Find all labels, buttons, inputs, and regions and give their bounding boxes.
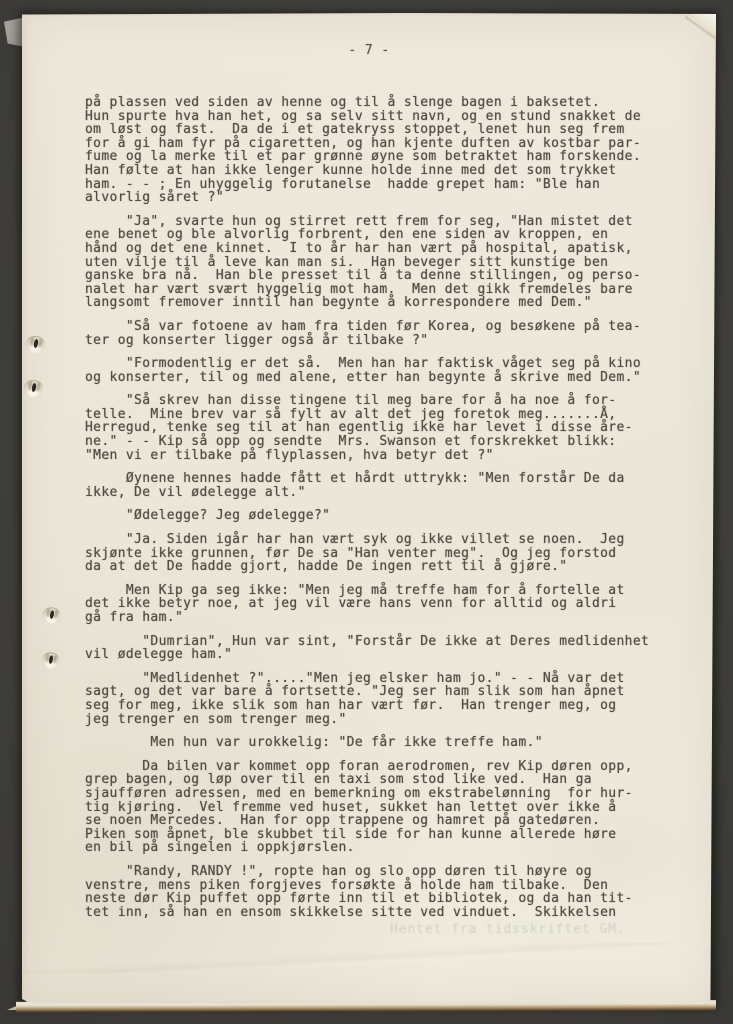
- punch-hole-2: [24, 380, 43, 397]
- paragraph: "Så skrev han disse tingene til meg bare…: [85, 394, 685, 462]
- scan-backdrop: { "scan": { "page_number": "- 7 -", "ble…: [0, 0, 733, 1024]
- punch-hole-1: [26, 336, 45, 353]
- paragraph: Men hun var urokkelig: "De får ikke tref…: [85, 736, 685, 750]
- punch-hole-3: [42, 607, 60, 623]
- paragraph: "Ødelegge? Jeg ødelegge?": [85, 509, 685, 523]
- paragraph: på plassen ved siden av henne og til å s…: [85, 96, 685, 205]
- paragraph: Men Kip ga seg ikke: "Men jeg må treffe …: [85, 584, 685, 625]
- paragraph: Da bilen var kommet opp foran aerodromen…: [85, 760, 685, 855]
- text-block: på plassen ved siden av henne og til å s…: [85, 96, 685, 919]
- punch-hole-4: [41, 652, 59, 668]
- paragraph: "Dumrian", Hun var sint, "Forstår De ikk…: [85, 635, 685, 662]
- paragraph: "Medlidenhet ?"....."Men jeg elsker ham …: [85, 672, 685, 726]
- bleed-through-text: Hentet fra tidsskriftet GM.: [390, 922, 626, 937]
- paragraph: Øynene hennes hadde fått et hårdt uttryk…: [85, 472, 685, 499]
- paragraph: "Ja", svarte hun og stirret rett frem fo…: [85, 215, 685, 310]
- paragraph: "Randy, RANDY !", ropte han og slo opp d…: [85, 865, 685, 919]
- paragraph: "Ja. Siden igår har han vært syk og ikke…: [85, 533, 685, 574]
- paragraph: "Så var fotoene av ham fra tiden før Kor…: [85, 320, 685, 347]
- page-number: - 7 -: [22, 43, 716, 58]
- manuscript-page: - 7 - på plassen ved siden av henne og t…: [22, 13, 716, 1005]
- paragraph: "Formodentlig er det så. Men han har fak…: [85, 357, 685, 384]
- folded-corner-crease: [685, 13, 715, 41]
